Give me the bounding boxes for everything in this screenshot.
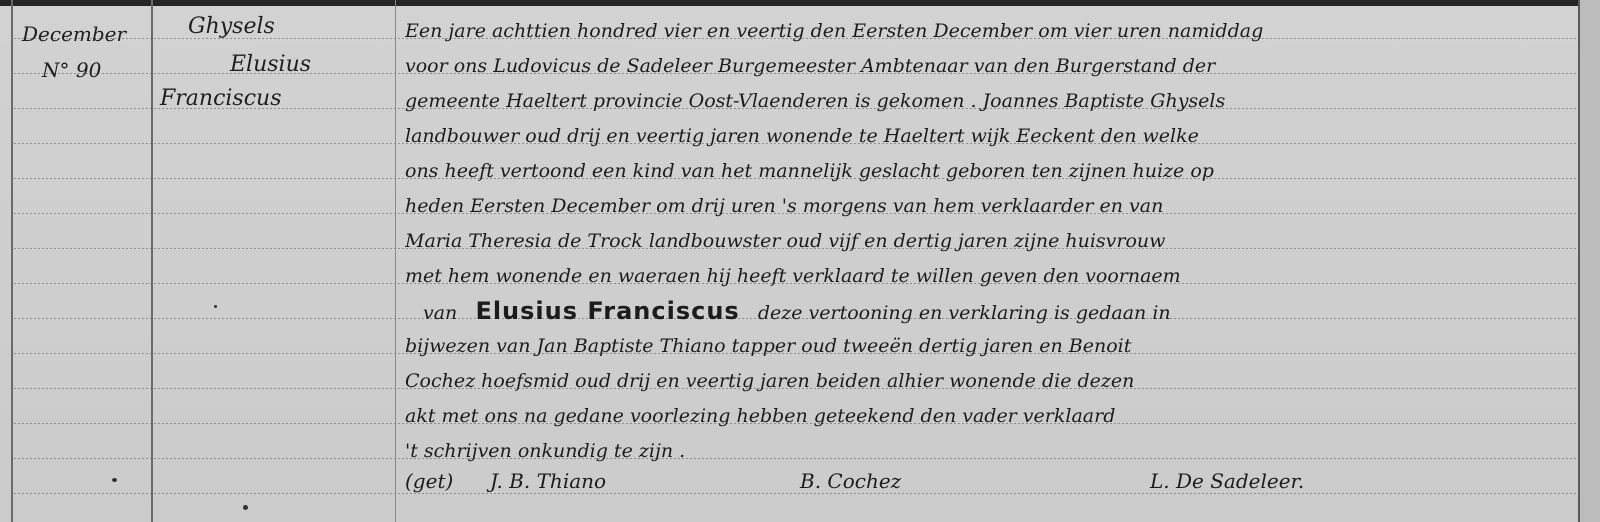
body-line: bijwezen van Jan Baptiste Thiano tapper … [405,329,1575,364]
name-column-divider [395,0,396,522]
page-right-edge [1578,0,1600,522]
body-line: Een jare achttien hondred vier en veerti… [405,14,1575,49]
child-given-name-2: Franciscus [160,86,282,111]
body-line: Maria Theresia de Trock landbouwster oud… [405,224,1575,259]
left-margin-line [11,0,13,522]
register-page: December N° 90 Ghysels Elusius Franciscu… [0,0,1600,522]
paper-speck [112,478,117,482]
body-line: heden Eersten December om drij uren 's m… [405,189,1575,224]
body-line: met hem wonende en waeraen hij heeft ver… [405,259,1575,294]
signature-official: L. De Sadeleer. [1150,469,1304,493]
paper-speck [243,505,248,510]
line-suffix: deze vertooning en verklaring is gedaan … [758,302,1171,324]
body-line: 't schrijven onkundig te zijn . [405,434,1575,469]
body-line: Cochez hoefsmid oud drij en veertig jare… [405,364,1575,399]
signature-witness-1: J. B. Thiano [490,469,606,493]
signature-line: (get) J. B. Thiano B. Cochez L. De Sadel… [405,465,1575,505]
entry-month: December [22,22,126,46]
paper-speck [214,305,217,308]
signed-prefix: (get) [405,469,453,493]
body-line: landbouwer oud drij en veertig jaren won… [405,119,1575,154]
body-line: akt met ons na gedane voorlezing hebben … [405,399,1575,434]
signature-witness-2: B. Cochez [800,469,901,493]
body-line: gemeente Haeltert provincie Oost-Vlaende… [405,84,1575,119]
entry-number: N° 90 [42,58,101,82]
body-line-child-name: van Elusius Franciscus deze vertooning e… [405,294,1575,329]
child-given-name-1: Elusius [230,52,311,77]
record-body: Een jare achttien hondred vier en veerti… [405,14,1575,469]
line-prefix: van [423,302,457,324]
date-column-divider [151,0,153,522]
child-full-name: Elusius Franciscus [475,297,739,325]
body-line: ons heeft vertoond een kind van het mann… [405,154,1575,189]
child-surname: Ghysels [188,14,275,39]
body-line: voor ons Ludovicus de Sadeleer Burgemees… [405,49,1575,84]
